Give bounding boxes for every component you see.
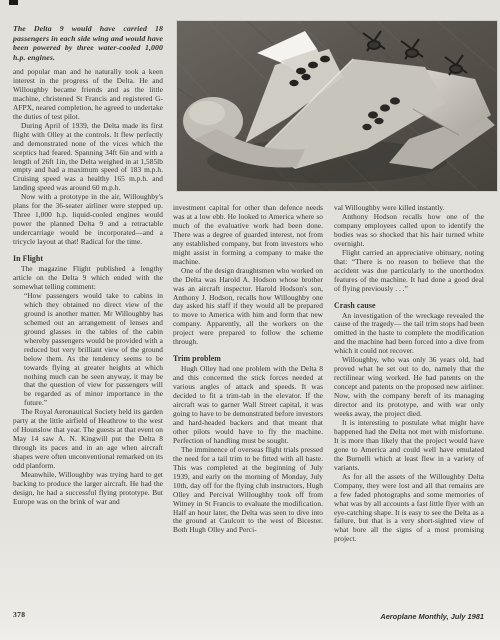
delta9-model-photo <box>177 21 497 191</box>
registration-mark <box>9 0 18 5</box>
magazine-page: The Delta 9 would have carried 18 passen… <box>0 0 500 640</box>
section-heading-trim-problem: Trim problem <box>173 354 323 363</box>
text-column-left: and popular man and he naturally took a … <box>13 68 163 507</box>
paragraph: Anthony Hodson recalls how one of the co… <box>334 213 484 249</box>
text-column-right: val Willoughby were killed instantly. An… <box>334 204 484 544</box>
block-quote: “How passengers would take to cabins in … <box>24 292 163 408</box>
paragraph: Meanwhile, Willoughby was trying hard to… <box>13 471 163 507</box>
text-column-middle: investment capital for other than defenc… <box>173 204 323 535</box>
page-number: 378 <box>13 610 25 619</box>
paragraph: One of the design draughtsmen who worked… <box>173 267 323 348</box>
paragraph: During April of 1939, the Delta made its… <box>13 122 163 194</box>
paragraph: As for all the assets of the Willoughby … <box>334 473 484 545</box>
aircraft-model-illustration <box>177 21 497 191</box>
paragraph: investment capital for other than defenc… <box>173 204 323 267</box>
paragraph: The magazine Flight published a lengthy … <box>13 265 163 292</box>
paragraph: It is interesting to postulate what migh… <box>334 419 484 473</box>
section-heading-in-flight: In Flight <box>13 254 163 263</box>
photo-caption: The Delta 9 would have carried 18 passen… <box>13 24 163 62</box>
paragraph: The imminence of overseas flight trials … <box>173 446 323 536</box>
paragraph: and popular man and he naturally took a … <box>13 68 163 122</box>
paragraph: Willoughby, who was only 36 years old, h… <box>334 356 484 419</box>
paragraph: The Royal Aeronautical Society held its … <box>13 408 163 471</box>
section-heading-crash-cause: Crash cause <box>334 301 484 310</box>
paragraph: Hugh Olley had one problem with the Delt… <box>173 365 323 446</box>
paragraph: An investigation of the wreckage reveale… <box>334 312 484 357</box>
paragraph: Flight carried an appreciative obituary,… <box>334 249 484 294</box>
paragraph: Now with a prototype in the air, Willoug… <box>13 193 163 247</box>
magazine-footer: Aeroplane Monthly, July 1981 <box>334 612 484 621</box>
